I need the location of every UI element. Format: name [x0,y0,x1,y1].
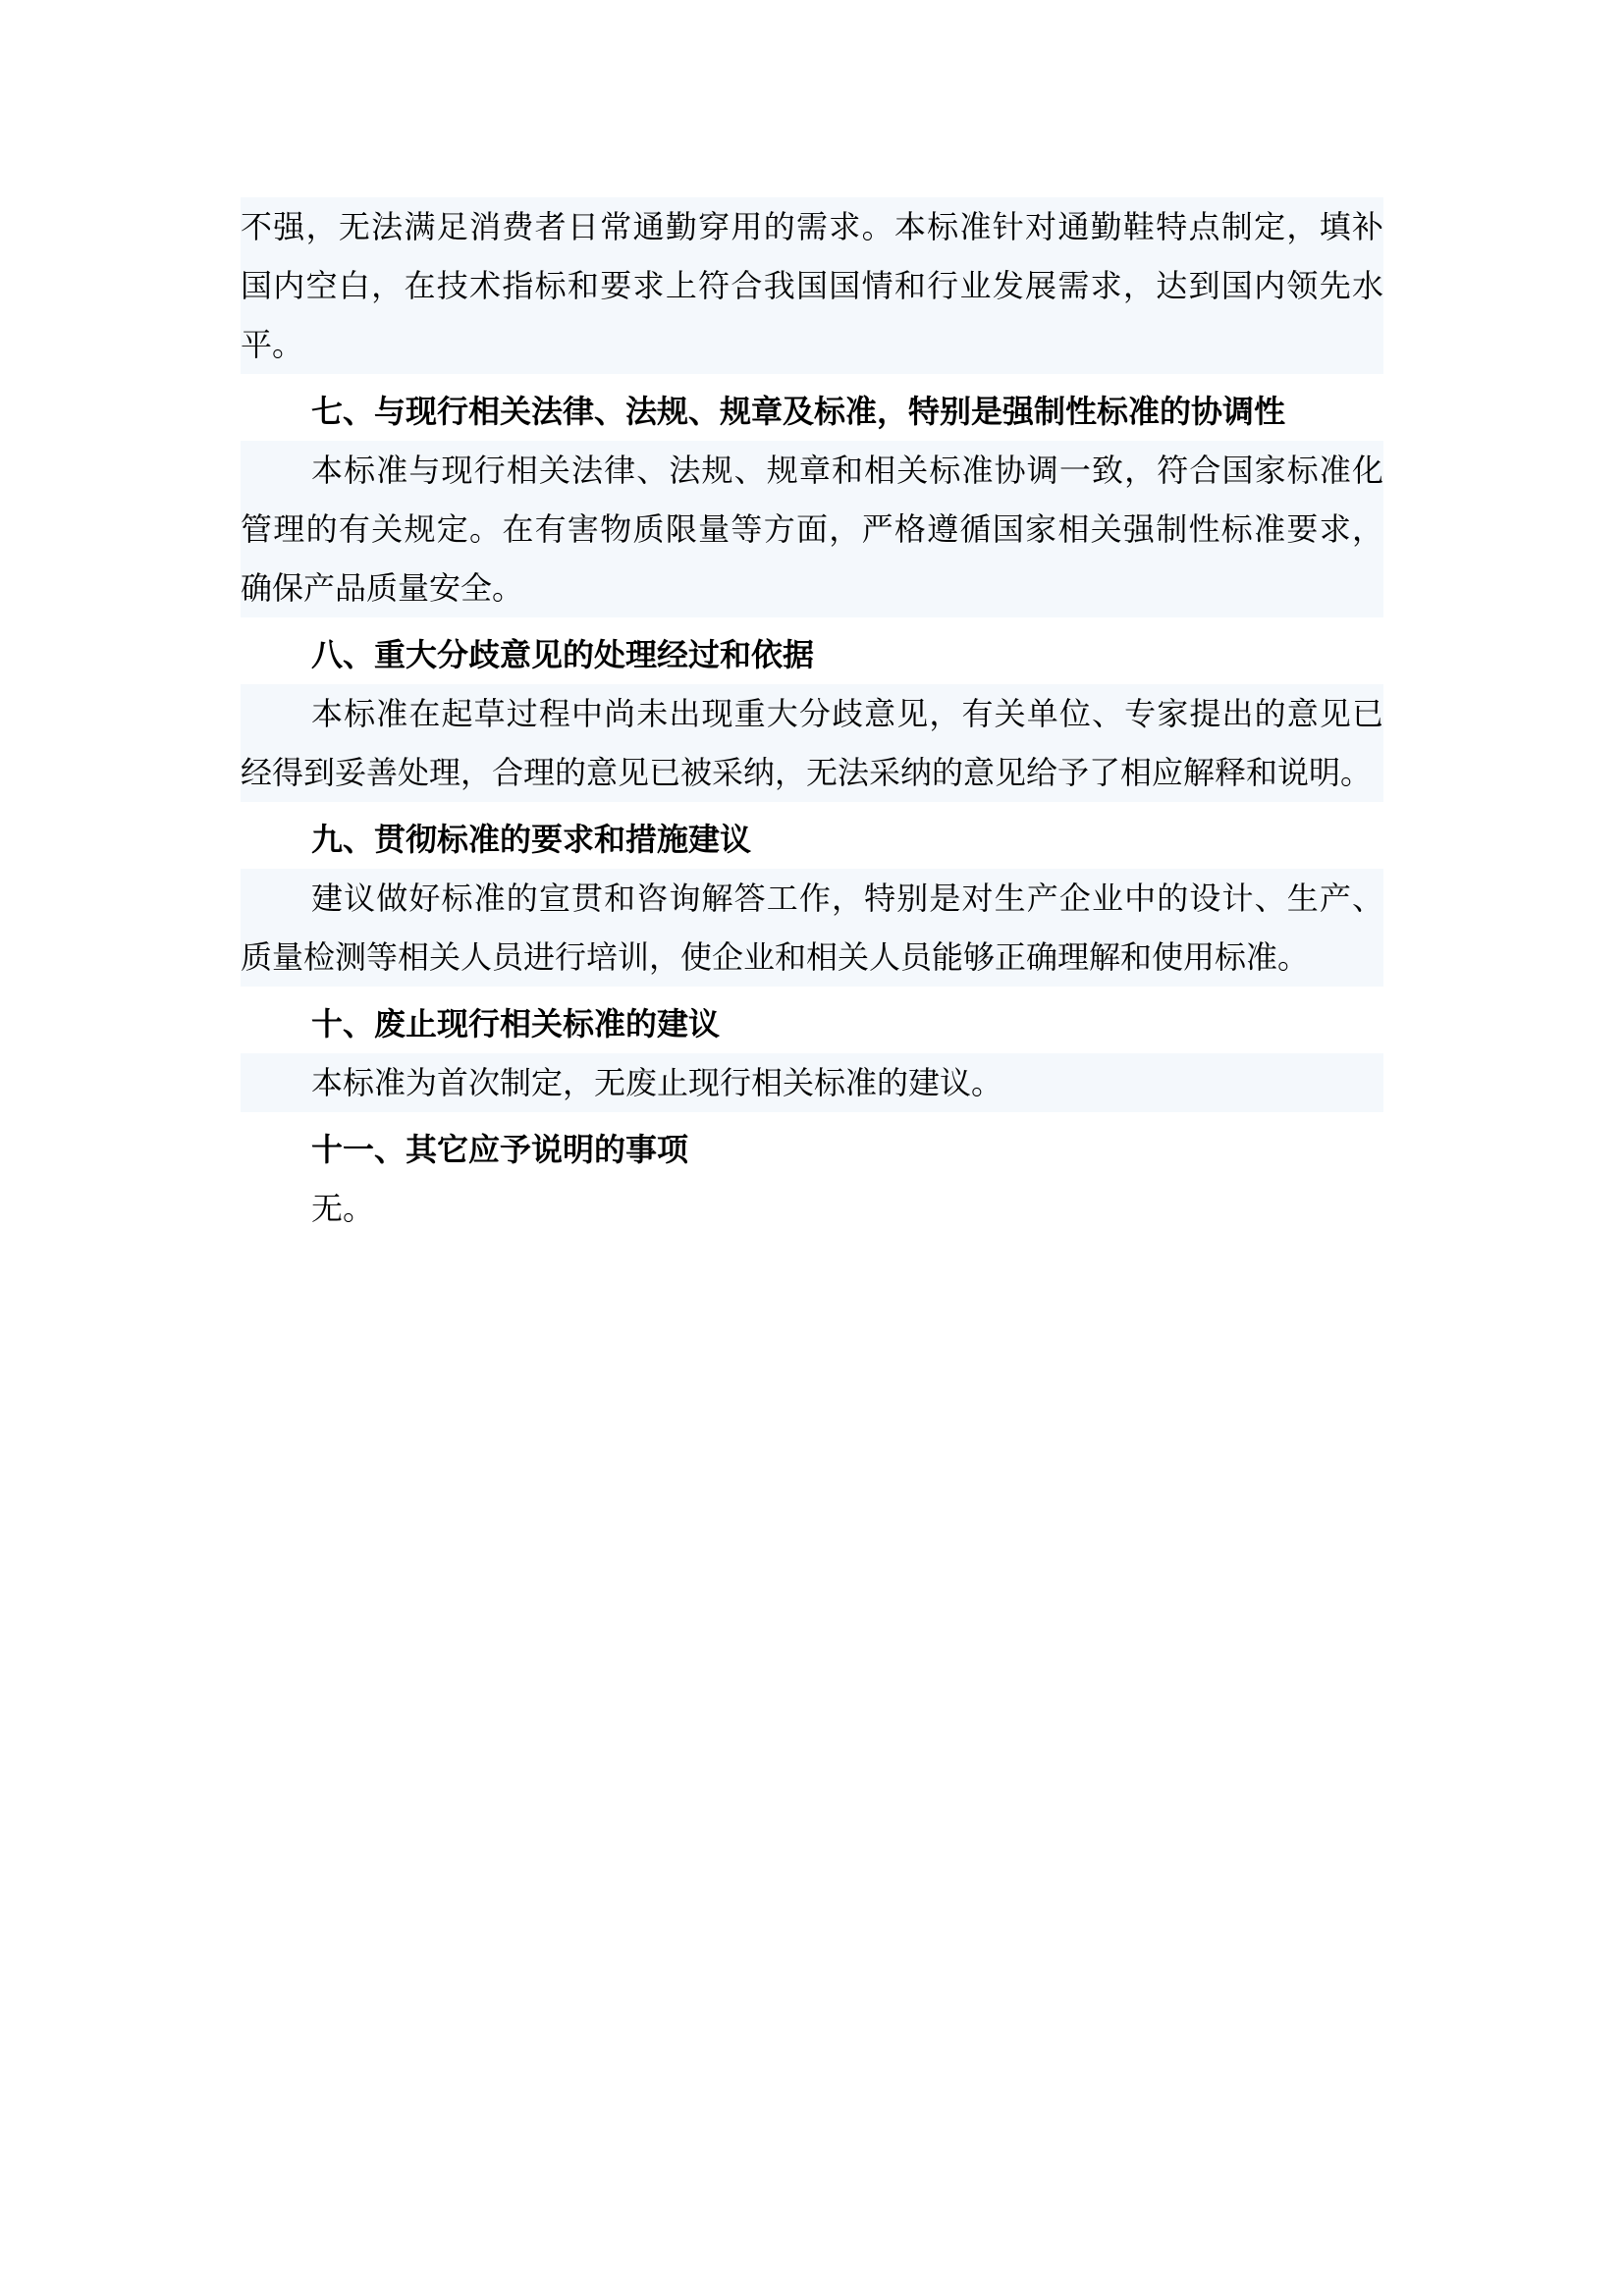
text-line: 本标准为首次制定，无废止现行相关标准的建议。 [241,1053,1383,1112]
text-line: 建议做好标准的宣贯和咨询解答工作，特别是对生产企业中的设计、生产、 [241,869,1383,928]
text-line: 无。 [241,1179,1383,1238]
paragraph-9: 建议做好标准的宣贯和咨询解答工作，特别是对生产企业中的设计、生产、质量检测等相关… [241,869,1383,987]
text-line: 经得到妥善处理，合理的意见已被采纳，无法采纳的意见给予了相应解释和说明。 [241,743,1383,802]
heading-7: 七、与现行相关法律、法规、规章及标准，特别是强制性标准的协调性 [241,382,1383,441]
paragraph-continuation: 不强，无法满足消费者日常通勤穿用的需求。本标准针对通勤鞋特点制定，填补国内空白，… [241,197,1383,374]
text-line: 本标准与现行相关法律、法规、规章和相关标准协调一致，符合国家标准化 [241,441,1383,500]
document-content: 不强，无法满足消费者日常通勤穿用的需求。本标准针对通勤鞋特点制定，填补国内空白，… [241,197,1383,1238]
paragraph-8: 本标准在起草过程中尚未出现重大分歧意见，有关单位、专家提出的意见已经得到妥善处理… [241,684,1383,802]
heading-9: 九、贯彻标准的要求和措施建议 [241,810,1383,869]
text-line: 国内空白，在技术指标和要求上符合我国国情和行业发展需求，达到国内领先水 [241,256,1383,315]
paragraph-11: 无。 [241,1179,1383,1238]
heading-10: 十、废止现行相关标准的建议 [241,994,1383,1053]
text-line: 确保产品质量安全。 [241,559,1383,617]
text-line: 质量检测等相关人员进行培训，使企业和相关人员能够正确理解和使用标准。 [241,928,1383,987]
text-line: 不强，无法满足消费者日常通勤穿用的需求。本标准针对通勤鞋特点制定，填补 [241,197,1383,256]
text-line: 本标准在起草过程中尚未出现重大分歧意见，有关单位、专家提出的意见已 [241,684,1383,743]
paragraph-7: 本标准与现行相关法律、法规、规章和相关标准协调一致，符合国家标准化管理的有关规定… [241,441,1383,617]
text-line: 管理的有关规定。在有害物质限量等方面，严格遵循国家相关强制性标准要求， [241,500,1383,559]
heading-8: 八、重大分歧意见的处理经过和依据 [241,625,1383,684]
paragraph-10: 本标准为首次制定，无废止现行相关标准的建议。 [241,1053,1383,1112]
heading-11: 十一、其它应予说明的事项 [241,1120,1383,1179]
text-line: 平。 [241,315,1383,374]
document-page: 不强，无法满足消费者日常通勤穿用的需求。本标准针对通勤鞋特点制定，填补国内空白，… [0,0,1624,2296]
